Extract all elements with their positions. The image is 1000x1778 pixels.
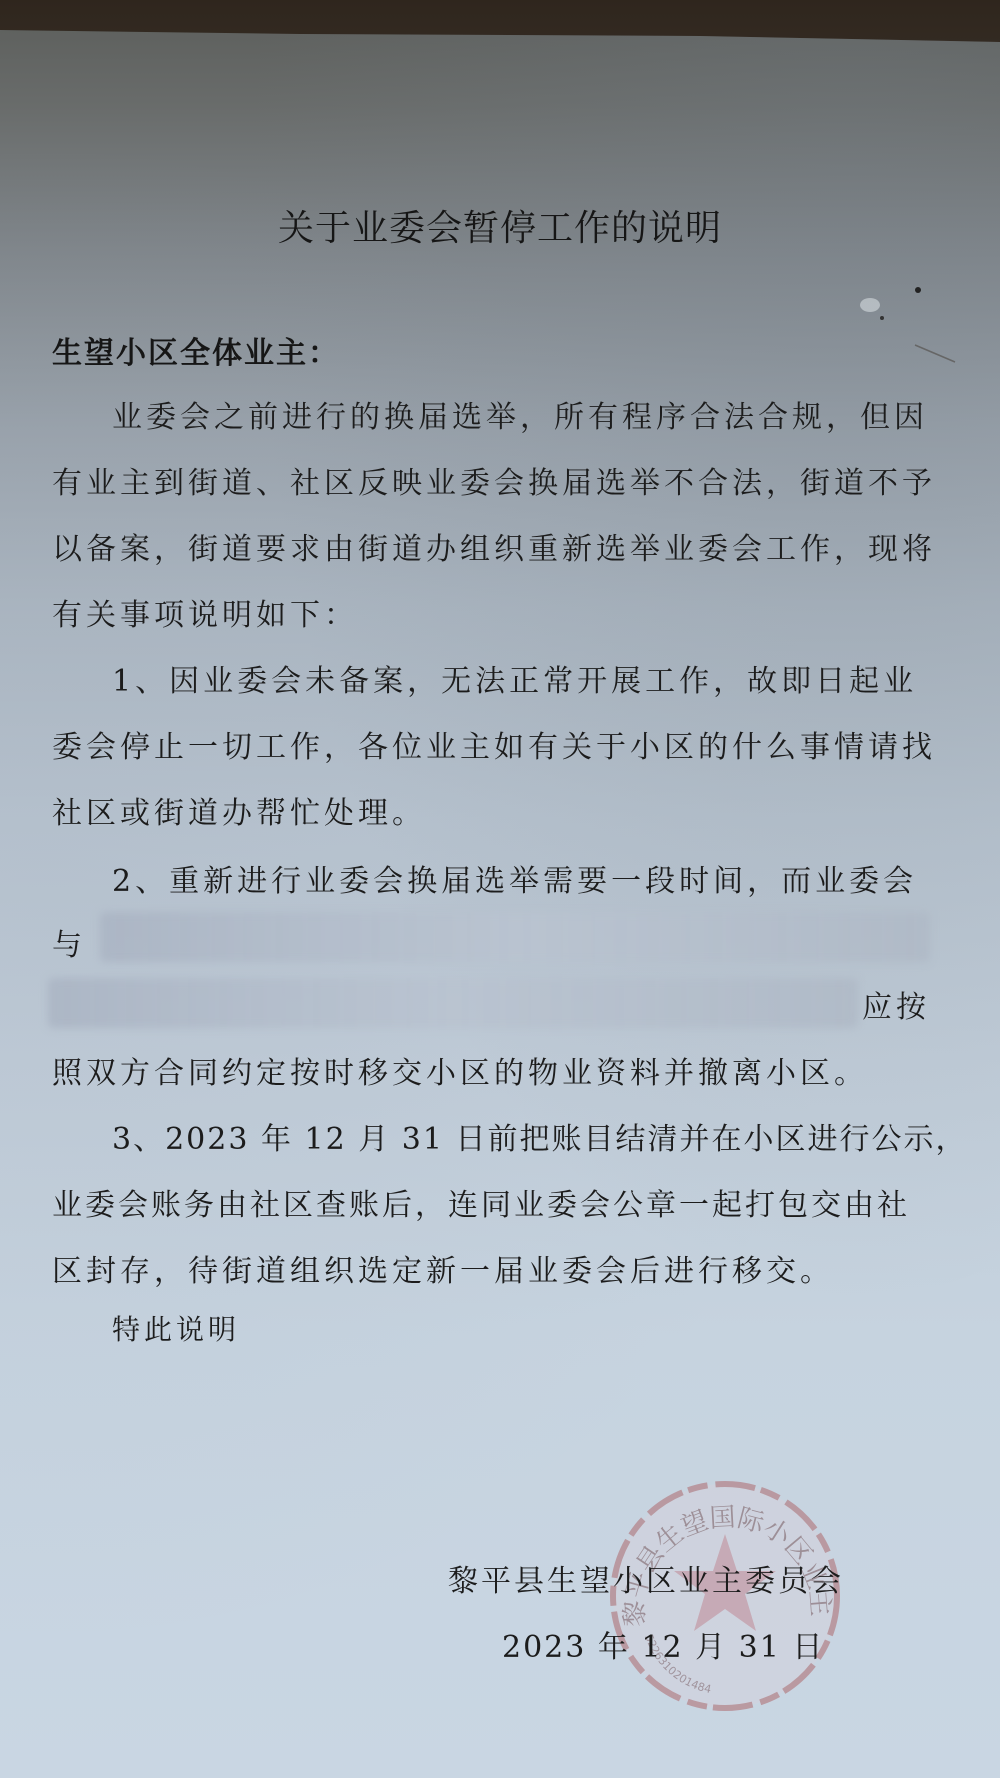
body-line: 业委会之前进行的换届选举，所有程序合法合规，但因: [112, 392, 928, 436]
item-2-line: 2、重新进行业委会换届选举需要一段时间，而业委会: [112, 856, 917, 900]
document-title: 关于业委会暂停工作的说明: [0, 200, 1000, 251]
body-line: 有关事项说明如下：: [52, 590, 358, 634]
signature-date: 2023 年 12 月 31 日: [502, 1622, 824, 1666]
item-1-line: 社区或街道办帮忙处理。: [52, 788, 426, 832]
item-1-line: 委会停止一切工作，各位业主如有关于小区的什么事情请找: [52, 722, 936, 766]
redacted-block: [100, 912, 930, 962]
item-3-line: 3、2023 年 12 月 31 日前把账目结清并在小区进行公示，: [112, 1114, 967, 1158]
signature-organization: 黎平县生望小区业主委员会: [448, 1556, 844, 1600]
item-2-line: 照双方合同约定按时移交小区的物业资料并撤离小区。: [52, 1048, 868, 1092]
redacted-block: [48, 978, 858, 1028]
item-2-line: 与: [52, 920, 86, 964]
closing-text: 特此说明: [112, 1308, 240, 1348]
salutation: 生望小区全体业主：: [52, 328, 340, 372]
item-1-line: 1、因业委会未备案，无法正常开展工作，故即日起业: [112, 656, 917, 700]
item-3-line: 区封存，待街道组织选定新一届业委会后进行移交。: [52, 1246, 834, 1290]
item-2-line: 应按: [862, 982, 930, 1026]
body-line: 以备案，街道要求由街道办组织重新选举业委会工作，现将: [52, 524, 936, 568]
item-3-line: 业委会账务由社区查账后，连同业委会公章一起打包交由社: [52, 1180, 910, 1224]
body-line: 有业主到街道、社区反映业委会换届选举不合法，街道不予: [52, 458, 936, 502]
